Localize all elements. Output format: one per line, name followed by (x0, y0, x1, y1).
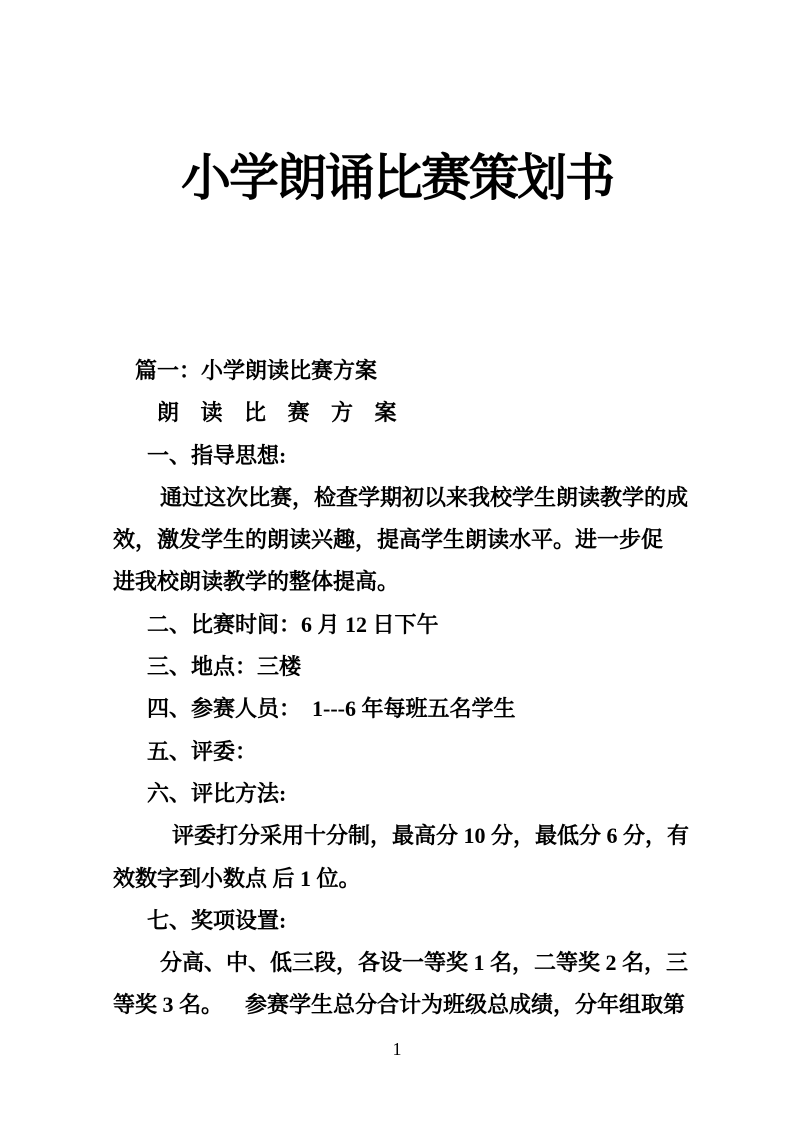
document-line: 七、奖项设置: (0, 900, 794, 942)
page-number: 1 (0, 1039, 794, 1060)
document-line: 效，激发学生的朗读兴趣，提高学生朗读水平。进一步促 (0, 519, 794, 561)
document-line: 通过这次比赛，检查学期初以来我校学生朗读教学的成 (0, 477, 794, 519)
document-line: 六、评比方法: (0, 773, 794, 815)
document-line: 效数字到小数点 后 1 位。 (0, 858, 794, 900)
document-line: 一、指导思想: (0, 435, 794, 477)
document-line: 等奖 3 名。 参赛学生总分合计为班级总成绩，分年组取第 (0, 984, 794, 1026)
document-line: 四、参赛人员： 1---6 年每班五名学生 (0, 688, 794, 730)
document-line: 篇一：小学朗读比赛方案 (0, 350, 794, 392)
document-body: 篇一：小学朗读比赛方案朗 读 比 赛 方 案一、指导思想:通过这次比赛，检查学期… (0, 350, 794, 1027)
document-line: 朗 读 比 赛 方 案 (0, 392, 794, 434)
document-line: 分高、中、低三段，各设一等奖 1 名，二等奖 2 名，三 (0, 942, 794, 984)
document-line: 三、地点：三楼 (0, 646, 794, 688)
document-line: 五、评委： (0, 731, 794, 773)
document-line: 二、比赛时间：6 月 12 日下午 (0, 604, 794, 646)
document-title: 小学朗诵比赛策划书 (0, 138, 794, 210)
document-page: 小学朗诵比赛策划书 篇一：小学朗读比赛方案朗 读 比 赛 方 案一、指导思想:通… (0, 0, 794, 1123)
document-line: 进我校朗读教学的整体提高。 (0, 561, 794, 603)
document-line: 评委打分采用十分制，最高分 10 分，最低分 6 分，有 (0, 815, 794, 857)
